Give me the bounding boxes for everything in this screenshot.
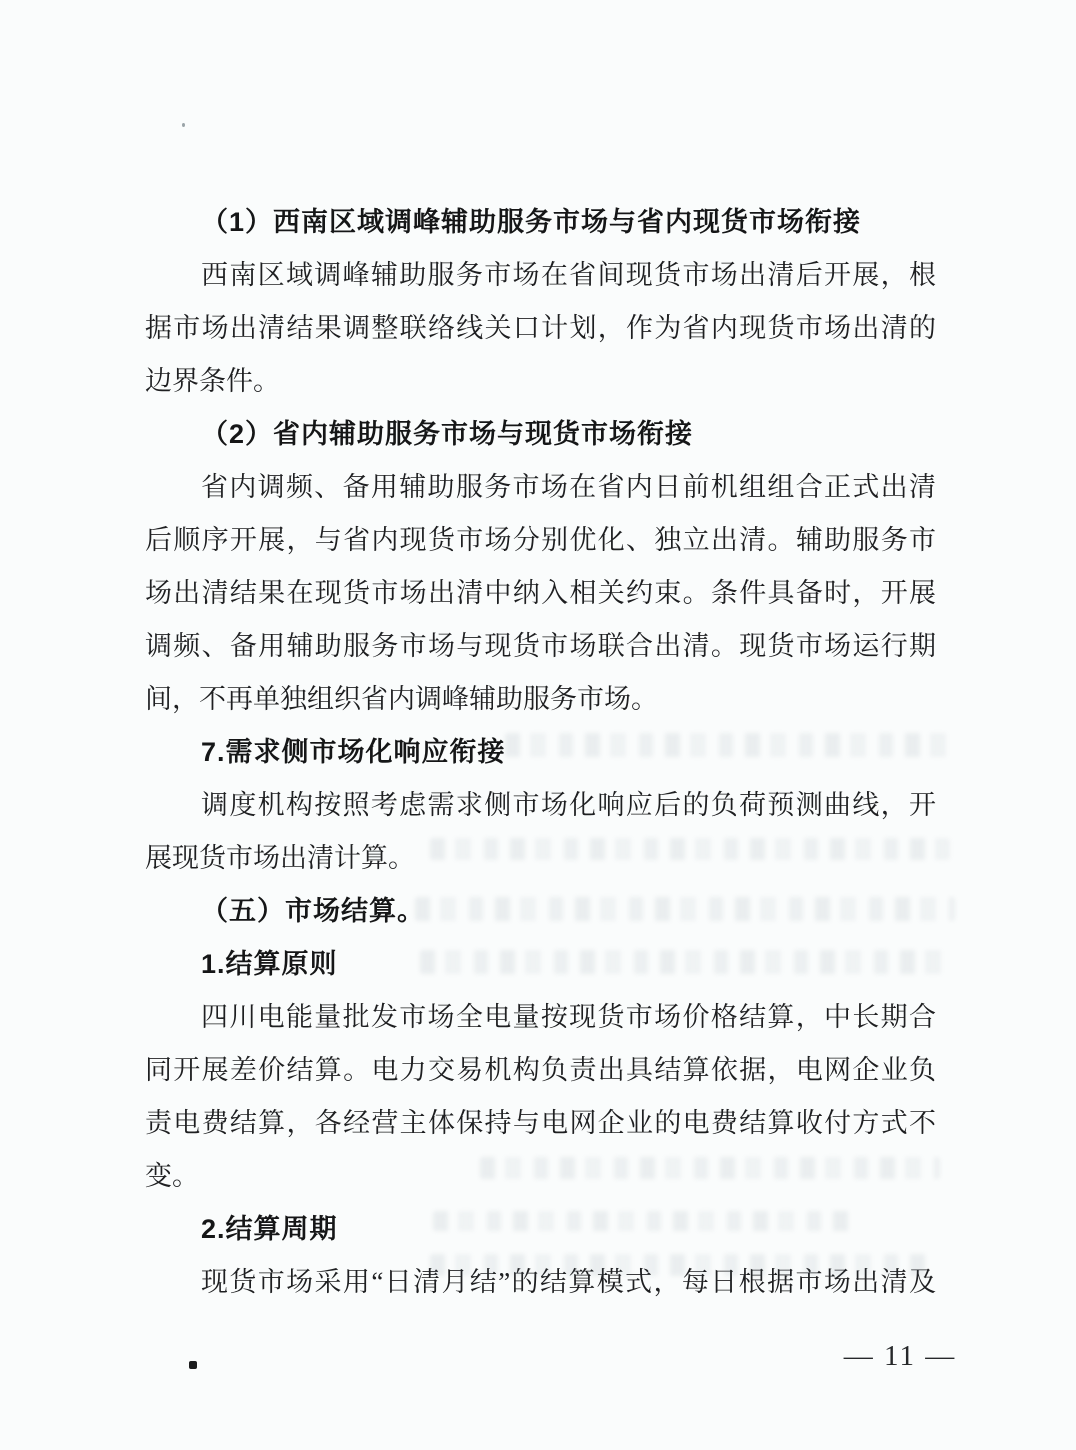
bleed-through-artifact — [480, 1157, 940, 1179]
ink-speck-artifact — [182, 123, 185, 127]
bleed-through-artifact — [433, 1211, 853, 1231]
body-text-line: 西南区域调峰辅助服务市场在省间现货市场出清后开展，根 — [145, 249, 936, 302]
ink-dot-artifact — [189, 1361, 197, 1369]
section-heading: （2）省内辅助服务市场与现货市场衔接 — [145, 408, 936, 461]
bleed-through-artifact — [415, 897, 955, 921]
document-page: （1）西南区域调峰辅助服务市场与省内现货市场衔接 西南区域调峰辅助服务市场在省间… — [0, 0, 1076, 1450]
bleed-through-artifact — [420, 950, 950, 974]
body-text-line: 据市场出清结果调整联络线关口计划，作为省内现货市场出清的 — [145, 302, 936, 355]
body-text-line: 四川电能量批发市场全电量按现货市场价格结算，中长期合 — [145, 991, 936, 1044]
body-text-line: 场出清结果在现货市场出清中纳入相关约束。条件具备时，开展 — [145, 567, 936, 620]
body-text-line: 后顺序开展，与省内现货市场分别优化、独立出清。辅助服务市 — [145, 514, 936, 567]
bleed-through-artifact — [430, 838, 950, 860]
bleed-through-artifact — [505, 733, 955, 757]
section-heading: （1）西南区域调峰辅助服务市场与省内现货市场衔接 — [145, 196, 936, 249]
body-text-line: 责电费结算，各经营主体保持与电网企业的电费结算收付方式不 — [145, 1097, 936, 1150]
body-text-line: 省内调频、备用辅助服务市场在省内日前机组组合正式出清 — [145, 461, 936, 514]
body-text-line: 调频、备用辅助服务市场与现货市场联合出清。现货市场运行期 — [145, 620, 936, 673]
body-text-line: 边界条件。 — [145, 355, 936, 408]
body-text-line: 间，不再单独组织省内调峰辅助服务市场。 — [145, 673, 936, 726]
body-text-line: 调度机构按照考虑需求侧市场化响应后的负荷预测曲线，开 — [145, 779, 936, 832]
body-text-line: 同开展差价结算。电力交易机构负责出具结算依据，电网企业负 — [145, 1044, 936, 1097]
page-number: — 11 — — [840, 1336, 960, 1376]
bleed-through-artifact — [430, 1254, 930, 1276]
